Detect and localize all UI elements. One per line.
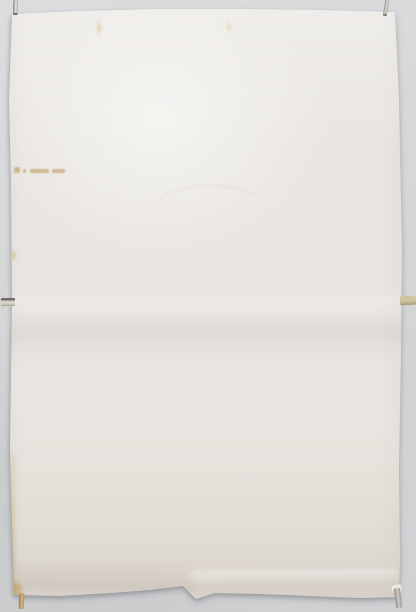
blank-paper-sheet <box>0 0 416 612</box>
faded-ink-smudge-left <box>30 169 49 173</box>
left-edge-streak <box>7 452 15 602</box>
faded-ink-smudge-left <box>52 169 65 173</box>
paper-shadow-wrapper <box>0 0 416 612</box>
curved-crease-upper-center <box>150 185 270 241</box>
bottom-fold-shade <box>14 559 194 592</box>
tape-residue-top-center <box>225 19 233 34</box>
faded-ink-smudge-left <box>23 169 26 173</box>
bottom-left-corner-stain <box>8 582 22 597</box>
photo-of-pinned-paper <box>0 0 416 612</box>
tape-residue-top-left <box>95 17 103 39</box>
left-edge-dot <box>11 251 16 260</box>
faded-ink-smudge-left <box>14 167 20 173</box>
bottom-fold-highlight <box>188 569 398 589</box>
soft-horizontal-crease-middle <box>0 296 416 348</box>
